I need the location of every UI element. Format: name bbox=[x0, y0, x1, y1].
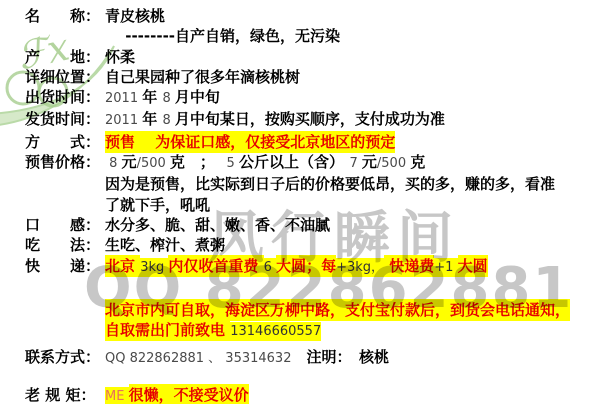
text-run: 快递费 bbox=[384, 255, 434, 277]
field-row: 老 规 矩：ME 很懒，不接受议价 bbox=[0, 385, 602, 404]
text-run: 年 bbox=[142, 88, 162, 106]
field-label: 快 递： bbox=[25, 256, 105, 276]
field-row: --------自产自销，绿色，无污染 bbox=[0, 26, 602, 46]
text-run: 元 bbox=[122, 153, 137, 171]
field-row: 北京市内可自取，海淀区万柳中路，支付宝付款后，到货会电话通知， bbox=[0, 300, 602, 320]
field-row: 联系方式：QQ 822862881 、 35314632 注明： 核桃 bbox=[0, 347, 602, 369]
field-row: 了就下手，吼吼 bbox=[0, 195, 602, 215]
text-run: --------自产自销，绿色，无污染 bbox=[105, 27, 340, 45]
field-label: 预售价格： bbox=[25, 152, 105, 172]
field-value: --------自产自销，绿色，无污染 bbox=[105, 26, 340, 46]
field-label: 出货时间： bbox=[25, 87, 105, 107]
text-run: 预售 为保证口感，仅接受北京地区的预定 bbox=[105, 131, 395, 153]
text-run: /500 bbox=[377, 156, 410, 171]
text-run: 怀柔 bbox=[105, 48, 135, 66]
field-value: 生吃、榨汁、煮粥 bbox=[105, 235, 225, 255]
field-label: 老 规 矩： bbox=[25, 385, 105, 404]
text-run: +1 bbox=[434, 258, 457, 277]
text-run: QQ 822862881 、 35314632 bbox=[105, 351, 291, 366]
field-row: 快 递：北京 3kg 内仅收首重费 6 大圆；每+3kg， 快递费+1 大圆 bbox=[0, 256, 602, 278]
text-run: 大圆；每 bbox=[276, 255, 336, 277]
field-value: QQ 822862881 、 35314632 注明： 核桃 bbox=[105, 347, 389, 369]
field-value: 怀柔 bbox=[105, 47, 135, 67]
text-run: ME bbox=[105, 387, 129, 404]
field-row: 产 地：怀柔 bbox=[0, 47, 602, 67]
text-run: 注明： 核桃 bbox=[291, 348, 389, 366]
text-run: 了就下手，吼吼 bbox=[105, 196, 210, 214]
text-run: 水分多、脆、甜、嫩、香、不油腻 bbox=[105, 216, 330, 234]
text-run: 北京市内可自取，海淀区万柳中路，支付宝付款后，到货会电话通知， bbox=[105, 299, 570, 321]
field-value: 8 元/500 克 ； 5 公斤以上（含） 7 元/500 克 bbox=[105, 152, 425, 174]
product-description-page: ℱx 名 称：青皮核桃 --------自产自销，绿色，无污染产 地：怀柔详细位… bbox=[0, 0, 602, 404]
field-value: 了就下手，吼吼 bbox=[105, 195, 210, 215]
field-label: 方 式： bbox=[25, 132, 105, 152]
text-run: 公斤以上（含） bbox=[239, 153, 337, 171]
field-row: 预售价格： 8 元/500 克 ； 5 公斤以上（含） 7 元/500 克 bbox=[0, 152, 602, 174]
text-run: 13146660557 bbox=[230, 322, 321, 341]
field-label: 吃 法： bbox=[25, 235, 105, 255]
field-row: 方 式：预售 为保证口感，仅接受北京地区的预定 bbox=[0, 132, 602, 152]
field-label: 口 感： bbox=[25, 215, 105, 235]
text-run: +3kg， bbox=[336, 258, 384, 277]
text-run: 内仅收首重费 bbox=[168, 255, 263, 277]
text-run: 克 bbox=[170, 153, 185, 171]
field-row: 因为是预售，比实际到日子后的价格要低昂，买的多，赚的多，看准 bbox=[0, 174, 602, 194]
field-value: 2011 年 8 月中旬某日，按购买顺序，支付成功为准 bbox=[105, 109, 445, 131]
field-row: 口 感：水分多、脆、甜、嫩、香、不油腻 bbox=[0, 215, 602, 235]
field-row: 详细位置：自己果园种了很多年滴核桃树 bbox=[0, 67, 602, 87]
text-run: 3kg bbox=[140, 258, 168, 277]
text-run: 自己果园种了很多年滴核桃树 bbox=[105, 68, 300, 86]
text-run: 2011 bbox=[105, 91, 142, 106]
field-value: 自己果园种了很多年滴核桃树 bbox=[105, 67, 300, 87]
field-row: 出货时间：2011 年 8 月中旬 bbox=[0, 87, 602, 109]
text-run: 2011 bbox=[105, 113, 142, 128]
field-value: 因为是预售，比实际到日子后的价格要低昂，买的多，赚的多，看准 bbox=[105, 174, 555, 194]
text-run: 青皮核桃 bbox=[105, 7, 165, 25]
text-run: 克 bbox=[410, 153, 425, 171]
text-run: 元 bbox=[362, 153, 377, 171]
text-run: /500 bbox=[137, 156, 170, 171]
text-run: ； bbox=[185, 153, 223, 171]
field-label: 联系方式： bbox=[25, 347, 105, 367]
text-run: 月中旬某日，按购买顺序，支付成功为准 bbox=[175, 110, 445, 128]
text-run: 8 bbox=[162, 113, 174, 128]
text-run: 因为是预售，比实际到日子后的价格要低昂，买的多，赚的多，看准 bbox=[105, 175, 555, 193]
text-run: 北京 bbox=[105, 255, 140, 277]
field-value: 北京 3kg 内仅收首重费 6 大圆；每+3kg， 快递费+1 大圆 bbox=[105, 256, 488, 278]
field-row: 自取需出门前致电 13146660557 bbox=[0, 320, 602, 342]
text-run: 大圆 bbox=[458, 255, 488, 277]
field-value: 北京市内可自取，海淀区万柳中路，支付宝付款后，到货会电话通知， bbox=[105, 300, 570, 320]
text-run: 年 bbox=[142, 110, 162, 128]
text-run: 自取需出门前致电 bbox=[105, 319, 230, 341]
text-run: 7 bbox=[336, 156, 361, 171]
text-run: 生吃、榨汁、煮粥 bbox=[105, 236, 225, 254]
field-label: 产 地： bbox=[25, 47, 105, 67]
field-value: 预售 为保证口感，仅接受北京地区的预定 bbox=[105, 132, 395, 152]
text-run: 很懒，不接受议价 bbox=[129, 384, 249, 404]
field-value: ME 很懒，不接受议价 bbox=[105, 385, 249, 404]
field-label: 详细位置： bbox=[25, 67, 105, 87]
field-list: 名 称：青皮核桃 --------自产自销，绿色，无污染产 地：怀柔详细位置：自… bbox=[0, 6, 602, 404]
field-value: 自取需出门前致电 13146660557 bbox=[105, 320, 321, 342]
field-label: 名 称： bbox=[25, 6, 105, 26]
text-run: 8 bbox=[105, 156, 122, 171]
field-value: 青皮核桃 bbox=[105, 6, 165, 26]
field-value: 水分多、脆、甜、嫩、香、不油腻 bbox=[105, 215, 330, 235]
field-row: 名 称：青皮核桃 bbox=[0, 6, 602, 26]
field-row: 吃 法：生吃、榨汁、煮粥 bbox=[0, 235, 602, 255]
text-run: 8 bbox=[162, 91, 174, 106]
text-run: 月中旬 bbox=[175, 88, 220, 106]
field-label: 发货时间： bbox=[25, 109, 105, 129]
field-value: 2011 年 8 月中旬 bbox=[105, 87, 220, 109]
text-run: 6 bbox=[264, 258, 276, 277]
text-run: 5 bbox=[222, 156, 239, 171]
field-row: 发货时间：2011 年 8 月中旬某日，按购买顺序，支付成功为准 bbox=[0, 109, 602, 131]
